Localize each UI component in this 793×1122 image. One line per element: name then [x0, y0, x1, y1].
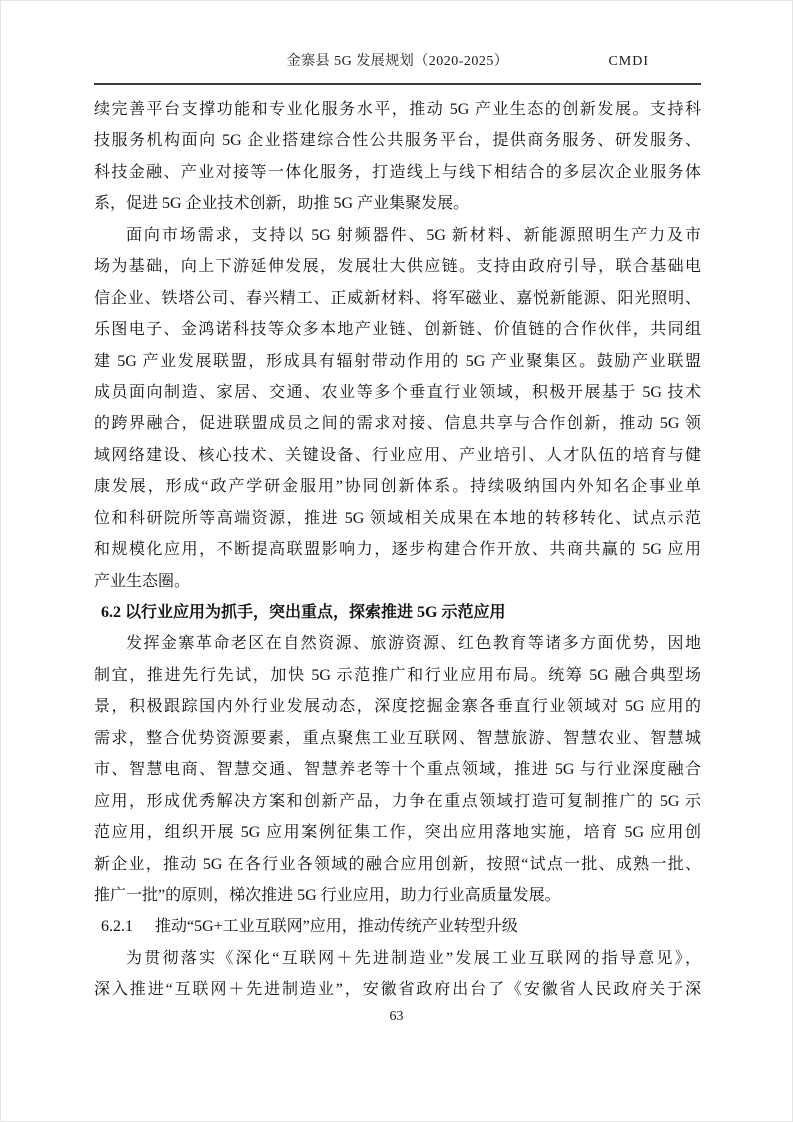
paragraph-line: 信企业、铁塔公司、春兴精工、正威新材料、将军磁业、嘉悦新能源、阳光照明、 — [94, 283, 701, 314]
paragraph-line: 范应用，组织开展 5G 应用案例征集工作，突出应用落地实施，培育 5G 应用创 — [94, 817, 701, 848]
subsection-title: 推动“5G+工业互联网”应用，推动传统产业转型升级 — [155, 918, 518, 935]
document-body: 续完善平台支撑功能和专业化服务水平，推动 5G 产业生态的创新发展。支持科技服务… — [94, 94, 701, 1006]
page-header: 金寨县 5G 发展规划（2020-2025） CMDI — [94, 1, 701, 85]
paragraph-line: 制宜，推进先行先试，加快 5G 示范推广和行业应用布局。统筹 5G 融合典型场 — [94, 660, 701, 691]
header-right-label: CMDI — [608, 54, 649, 70]
page-footer: 63 — [1, 1009, 792, 1025]
paragraph-line: 需求，整合优势资源要素，重点聚焦工业互联网、智慧旅游、智慧农业、智慧城 — [94, 723, 701, 754]
subsection-number: 6.2.1 — [101, 918, 133, 935]
paragraph-line: 的跨界融合，促进联盟成员之间的需求对接、信息共享与合作创新，推动 5G 领 — [94, 408, 701, 439]
paragraph-line: 新企业，推动 5G 在各行业各领域的融合应用创新，按照“试点一批、成熟一批、 — [94, 849, 701, 880]
paragraph: 为贯彻落实《深化“互联网＋先进制造业”发展工业互联网的指导意见》，深入推进“互联… — [94, 943, 701, 1006]
paragraph-line: 乐图电子、金鸿诺科技等众多本地产业链、创新链、价值链的合作伙伴，共同组 — [94, 314, 701, 345]
paragraph-line: 为贯彻落实《深化“互联网＋先进制造业”发展工业互联网的指导意见》， — [94, 943, 701, 974]
paragraph-line: 技服务机构面向 5G 企业搭建综合性公共服务平台，提供商务服务、研发服务、 — [94, 125, 701, 156]
document-page: 金寨县 5G 发展规划（2020-2025） CMDI 续完善平台支撑功能和专业… — [0, 0, 793, 1122]
paragraph-line: 科技金融、产业对接等一体化服务，打造线上与线下相结合的多层次企业服务体 — [94, 157, 701, 188]
page-number: 63 — [390, 1009, 404, 1024]
section-heading: 6.2 以行业应用为抓手，突出重点，探索推进 5G 示范应用 — [101, 597, 701, 628]
paragraph-line: 系，促进 5G 企业技术创新，助推 5G 产业集聚发展。 — [94, 188, 701, 219]
paragraph-line: 域网络建设、核心技术、关键设备、行业应用、产业培引、人才队伍的培育与健 — [94, 440, 701, 471]
paragraph: 续完善平台支撑功能和专业化服务水平，推动 5G 产业生态的创新发展。支持科技服务… — [94, 94, 701, 220]
paragraph-line: 深入推进“互联网＋先进制造业”，安徽省政府出台了《安徽省人民政府关于深 — [94, 974, 701, 1005]
paragraph-line: 发挥金寨革命老区在自然资源、旅游资源、红色教育等诸多方面优势，因地 — [94, 628, 701, 659]
paragraph-line: 市、智慧电商、智慧交通、智慧养老等十个重点领域，推进 5G 与行业深度融合 — [94, 754, 701, 785]
paragraph-line: 场为基础，向上下游延伸发展，发展壮大供应链。支持由政府引导，联合基础电 — [94, 251, 701, 282]
paragraph-line: 推广一批”的原则，梯次推进 5G 行业应用，助力行业高质量发展。 — [94, 880, 701, 911]
paragraph-line: 产业生态圈。 — [94, 566, 701, 597]
paragraph-line: 建 5G 产业发展联盟，形成具有辐射带动作用的 5G 产业聚集区。鼓励产业联盟 — [94, 346, 701, 377]
paragraph-line: 面向市场需求，支持以 5G 射频器件、5G 新材料、新能源照明生产力及市 — [94, 220, 701, 251]
paragraph-line: 成员面向制造、家居、交通、农业等多个垂直行业领域，积极开展基于 5G 技术 — [94, 377, 701, 408]
paragraph-line: 康发展，形成“政产学研金服用”协同创新体系。持续吸纳国内外知名企事业单 — [94, 471, 701, 502]
paragraph-line: 续完善平台支撑功能和专业化服务水平，推动 5G 产业生态的创新发展。支持科 — [94, 94, 701, 125]
paragraph-line: 位和科研院所等高端资源，推进 5G 领域相关成果在本地的转移转化、试点示范 — [94, 503, 701, 534]
paragraph-line: 景，积极跟踪国内外行业发展动态，深度挖掘金寨各垂直行业领域对 5G 应用的 — [94, 691, 701, 722]
subsection-heading: 6.2.1推动“5G+工业互联网”应用，推动传统产业转型升级 — [101, 911, 701, 942]
paragraph-line: 和规模化应用，不断提高联盟影响力，逐步构建合作开放、共商共赢的 5G 应用 — [94, 534, 701, 565]
paragraph: 面向市场需求，支持以 5G 射频器件、5G 新材料、新能源照明生产力及市场为基础… — [94, 220, 701, 597]
paragraph-line: 应用，形成优秀解决方案和创新产品，力争在重点领域打造可复制推广的 5G 示 — [94, 786, 701, 817]
paragraph: 发挥金寨革命老区在自然资源、旅游资源、红色教育等诸多方面优势，因地制宜，推进先行… — [94, 628, 701, 911]
